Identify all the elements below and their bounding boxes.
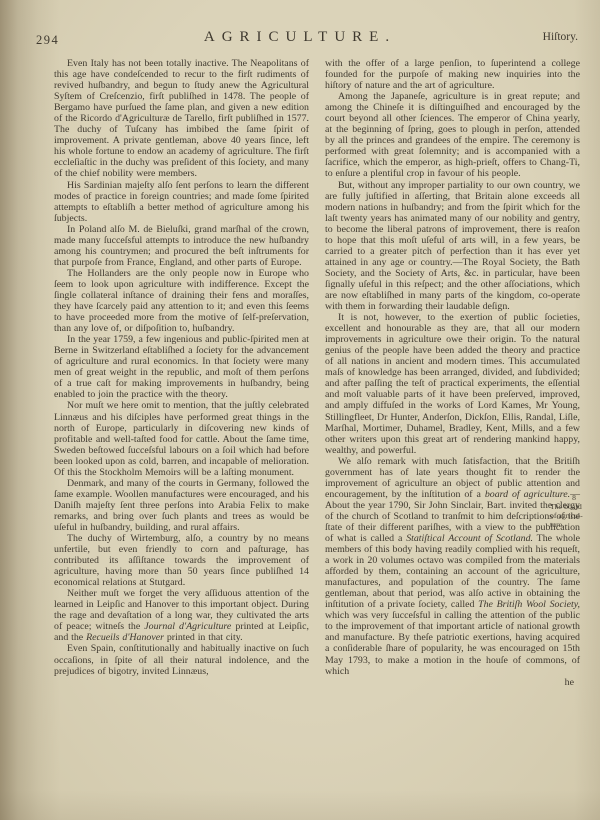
paragraph: The duchy of Wirtemburg, alſo, a country…	[54, 533, 309, 588]
margin-note-line: of agricul-	[550, 511, 598, 520]
text-run: The duchy of Wirtemburg, alſo, a country…	[54, 533, 309, 588]
margin-note: 8 The boardof agricul-ture.	[550, 494, 598, 529]
catchword: he	[325, 677, 580, 688]
margin-note-text: The boardof agricul-ture.	[550, 502, 598, 529]
paragraph: We alſo remark with much ſatisfaction, t…	[325, 456, 580, 677]
book-page: 294 AGRICULTURE. Hiſtory. Even Italy has…	[0, 0, 600, 820]
text-run: printed in that city.	[164, 632, 243, 643]
text-run: Nor muſt we here omit to mention, that t…	[54, 400, 309, 477]
italic-text-run: Statiſtical Account of Scotland.	[406, 533, 533, 544]
paragraph: Denmark, and many of the courts in Germa…	[54, 478, 309, 533]
text-run: with the offer of a large penſion, to ſu…	[325, 58, 580, 91]
text-run: But, without any improper partiality to …	[325, 180, 580, 313]
paragraph: Nor muſt we here omit to mention, that t…	[54, 400, 309, 477]
paragraph: In Poland alſo M. de Bieluſki, grand mar…	[54, 224, 309, 268]
text-run: which was very ſucceſsful in calling the…	[325, 610, 580, 676]
paragraph: But, without any improper partiality to …	[325, 180, 580, 313]
paragraph: In the year 1759, a few ingenious and pu…	[54, 334, 309, 400]
paragraph: Even Spain, conſtitutionally and habitua…	[54, 643, 309, 676]
margin-note-line: ture.	[550, 520, 598, 529]
italic-text-run: Recueils d'Hanover	[86, 632, 164, 643]
paragraph: Neither muſt we forget the very aſſiduou…	[54, 588, 309, 643]
text-run: It is not, however, to the exertion of p…	[325, 312, 580, 456]
margin-note-ref: 8	[550, 494, 598, 502]
running-head: Hiſtory.	[543, 31, 578, 43]
paragraph: Even Italy has not been totally inactive…	[54, 58, 309, 180]
text-columns: Even Italy has not been totally inactive…	[54, 58, 580, 688]
italic-text-run: The Britiſh Wool Society,	[478, 599, 580, 610]
text-run: His Sardinian majeſty alſo ſent perſons …	[54, 180, 309, 224]
text-column-right: with the offer of a large penſion, to ſu…	[325, 58, 580, 688]
text-run: In the year 1759, a few ingenious and pu…	[54, 334, 309, 400]
text-run: Denmark, and many of the courts in Germa…	[54, 478, 309, 533]
margin-note-line: The board	[550, 502, 598, 511]
paragraph: with the offer of a large penſion, to ſu…	[325, 58, 580, 91]
text-run: In Poland alſo M. de Bieluſki, grand mar…	[54, 224, 309, 268]
article-title: AGRICULTURE.	[0, 29, 600, 46]
text-run: Even Spain, conſtitutionally and habitua…	[54, 643, 309, 676]
text-run: Even Italy has not been totally inactive…	[54, 58, 309, 179]
text-column-left: Even Italy has not been totally inactive…	[54, 58, 309, 688]
text-run: Among the Japaneſe, agriculture is in gr…	[325, 91, 580, 179]
text-run: The Hollanders are the only people now i…	[54, 268, 309, 334]
paragraph: It is not, however, to the exertion of p…	[325, 312, 580, 456]
paragraph: Among the Japaneſe, agriculture is in gr…	[325, 91, 580, 179]
italic-text-run: Journal d'Agriculture	[144, 621, 231, 632]
paragraph: The Hollanders are the only people now i…	[54, 268, 309, 334]
paragraph: His Sardinian majeſty alſo ſent perſons …	[54, 180, 309, 224]
